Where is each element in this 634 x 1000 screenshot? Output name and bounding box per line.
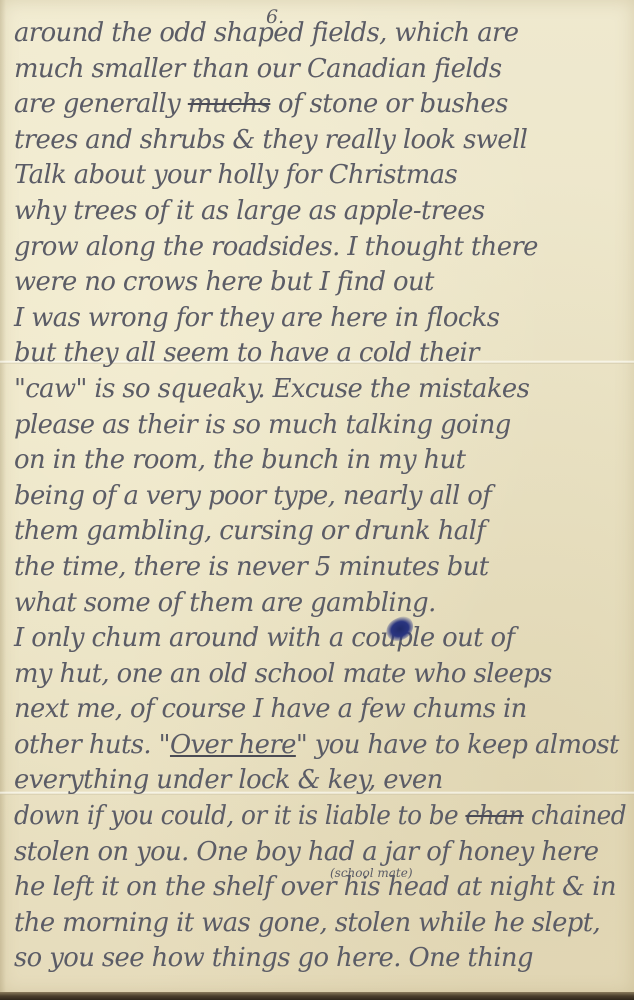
line-text: of stone or bushes: [270, 89, 507, 119]
letter-line: the morning it was gone, stolen while he…: [14, 906, 626, 942]
paper-edge-shadow: [0, 0, 6, 994]
letter-line: but they all seem to have a cold their: [14, 336, 626, 372]
letter-line: my hut, one an old school mate who sleep…: [14, 657, 626, 693]
letter-line: everything under lock & key, even: [14, 763, 626, 799]
letter-line: much smaller than our Canadian fields: [14, 52, 626, 88]
line-text: chained: [524, 801, 626, 831]
letter-page: 6. around the odd shaped fields, which a…: [0, 0, 634, 994]
interlinear-note: (school mate): [330, 866, 413, 880]
struck-out-word: muchs: [188, 89, 271, 119]
letter-line: were no crows here but I find out: [14, 265, 626, 301]
line-text: other huts. ": [14, 730, 170, 760]
letter-line: grow along the roadsides. I thought ther…: [14, 230, 626, 266]
letter-line: trees and shrubs & they really look swel…: [14, 123, 626, 159]
letter-line: stolen on you. One boy had a jar of hone…: [14, 835, 626, 871]
line-text: are generally: [14, 89, 188, 119]
letter-line: around the odd shaped fields, which are: [14, 16, 626, 52]
letter-line: them gambling, cursing or drunk half: [14, 514, 626, 550]
letter-line: are generally muchs of stone or bushes: [14, 87, 626, 123]
letter-line: being of a very poor type, nearly all of: [14, 479, 626, 515]
letter-line: why trees of it as large as apple-trees: [14, 194, 626, 230]
letter-line: he left it on the shelf over his head at…: [14, 870, 626, 906]
letter-line: other huts. "Over here" you have to keep…: [14, 728, 626, 764]
letter-line: next me, of course I have a few chums in: [14, 692, 626, 728]
letter-line: Talk about your holly for Christmas: [14, 158, 626, 194]
letter-line: on in the room, the bunch in my hut: [14, 443, 626, 479]
letter-line: I was wrong for they are here in flocks: [14, 301, 626, 337]
line-text: " you have to keep almost: [296, 730, 619, 760]
letter-line: down if you could, or it is liable to be…: [14, 799, 601, 835]
letter-line: "caw" is so squeaky. Excuse the mistakes: [14, 372, 626, 408]
page-bottom-edge: [0, 992, 634, 1000]
struck-out-word: chan: [465, 801, 523, 831]
letter-line: so you see how things go here. One thing: [14, 941, 626, 977]
line-text: down if you could, or it is liable to be: [14, 801, 465, 831]
underlined-phrase: Over here: [170, 730, 296, 760]
letter-line: please as their is so much talking going: [14, 408, 626, 444]
letter-line: I only chum around with a couple out of: [14, 621, 626, 657]
letter-body: around the odd shaped fields, which are …: [14, 16, 630, 977]
letter-line: what some of them are gambling.: [14, 586, 626, 622]
letter-line: the time, there is never 5 minutes but: [14, 550, 626, 586]
